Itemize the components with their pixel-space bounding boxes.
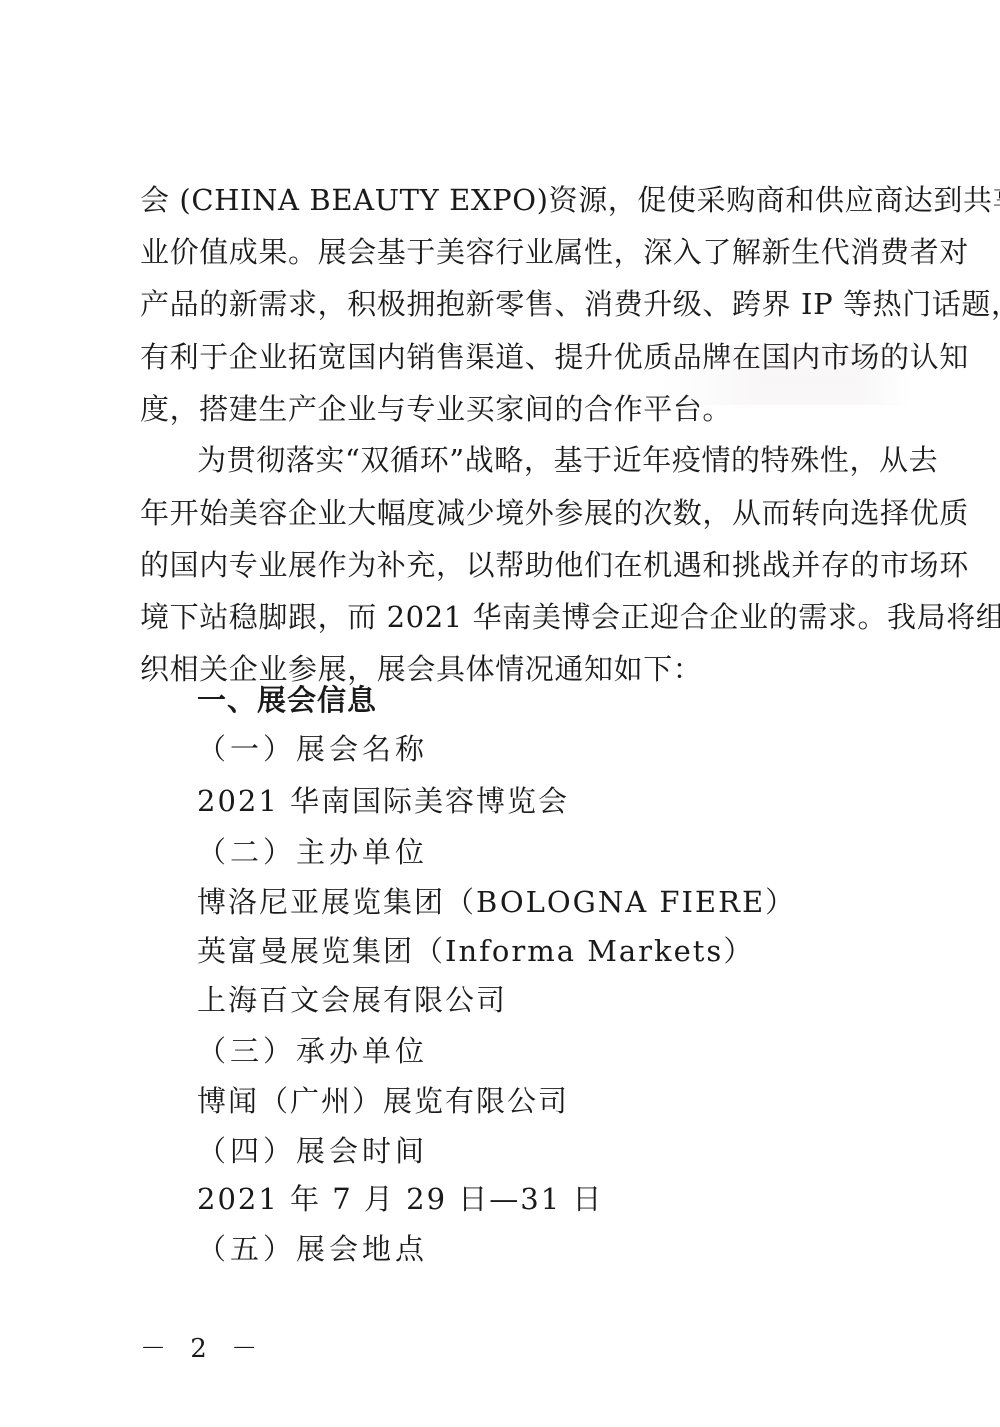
subsection-item: 上海百文会展有限公司 bbox=[197, 982, 961, 1018]
paragraph-line: 业价值成果。展会基于美容行业属性，深入了解新生代消费者对 bbox=[140, 234, 904, 270]
subsection-title: （三）承办单位 bbox=[197, 1033, 961, 1069]
paragraph-line: 境下站稳脚跟，而 2021 华南美博会正迎合企业的需求。我局将组 bbox=[140, 599, 904, 635]
paragraph-line: 有利于企业拓宽国内销售渠道、提升优质品牌在国内市场的认知 bbox=[140, 339, 904, 375]
page-number: － 2 － bbox=[140, 1334, 265, 1364]
section-heading: 一、展会信息 bbox=[197, 682, 904, 718]
subsection-title: （四）展会时间 bbox=[197, 1133, 961, 1169]
subsection-item: 博闻（广州）展览有限公司 bbox=[197, 1083, 961, 1119]
paragraph-line: 的国内专业展作为补充，以帮助他们在机遇和挑战并存的市场环 bbox=[140, 547, 904, 583]
paragraph-line: 度，搭建生产企业与专业买家间的合作平台。 bbox=[140, 391, 904, 427]
subsection-title: （二）主办单位 bbox=[197, 834, 961, 870]
paragraph-line: 为贯彻落实“双循环”战略，基于近年疫情的特殊性，从去 bbox=[197, 442, 904, 478]
subsection-item: 博洛尼亚展览集团（BOLOGNA FIERE） bbox=[197, 884, 961, 920]
subsection-item: 2021 年 7 月 29 日—31 日 bbox=[197, 1181, 961, 1217]
subsection-title: （一）展会名称 bbox=[197, 731, 961, 767]
document-page: 会 (CHINA BEAUTY EXPO)资源，促使采购商和供应商达到共享商 业… bbox=[0, 0, 1000, 1427]
paragraph-line: 产品的新需求，积极拥抱新零售、消费升级、跨界 IP 等热门话题， bbox=[140, 286, 904, 322]
subsection-item: 英富曼展览集团（Informa Markets） bbox=[197, 933, 961, 969]
paragraph-line: 会 (CHINA BEAUTY EXPO)资源，促使采购商和供应商达到共享商 bbox=[140, 182, 904, 218]
paragraph-line: 年开始美容企业大幅度减少境外参展的次数，从而转向选择优质 bbox=[140, 495, 904, 531]
subsection-title: （五）展会地点 bbox=[197, 1231, 961, 1267]
subsection-item: 2021 华南国际美容博览会 bbox=[197, 783, 961, 819]
